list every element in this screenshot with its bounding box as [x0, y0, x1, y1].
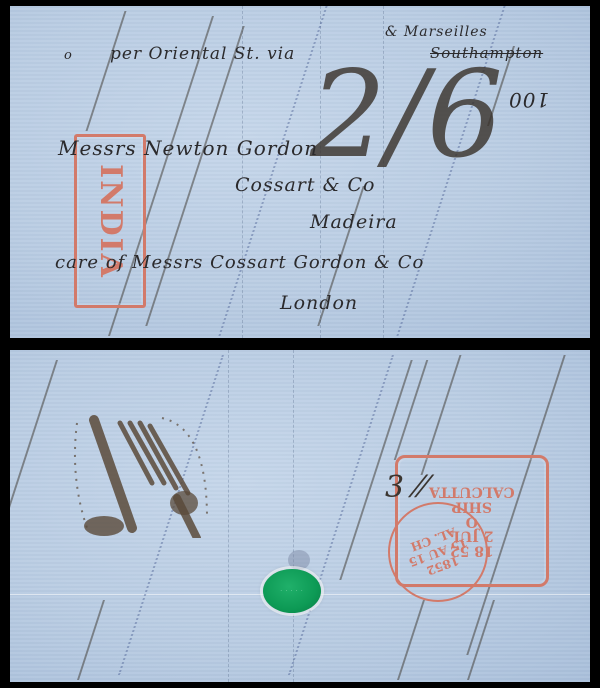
seal-inscription: · · · · ·	[280, 588, 303, 594]
green-wafer-seal: · · · · ·	[263, 569, 321, 613]
show-through-script	[288, 355, 394, 675]
manuscript-rate-back: 3 ⁄⁄	[385, 470, 428, 505]
route-prefix: o	[64, 48, 73, 63]
show-through-script	[394, 360, 428, 460]
route-correction-marseilles: & Marseilles	[385, 24, 488, 40]
ship-number: 100	[508, 88, 549, 112]
show-through-script	[86, 11, 127, 131]
london-arrival-datestamp: 1852 15 AU 15 AL. CH	[388, 502, 488, 602]
manuscript-brown-mark	[72, 408, 212, 538]
fold-line	[293, 350, 294, 682]
seal-shadow	[288, 550, 310, 570]
calcutta-city: CALCUTTA	[429, 484, 515, 499]
cover-back: 18 52 2 JUL O SHIP CALCUTTA 1852 15 AU 1…	[10, 350, 590, 682]
show-through-script	[77, 600, 105, 680]
route-instruction: per Oriental St. via	[110, 44, 295, 64]
address-line-4: care of Messrs Cossart Gordon & Co	[55, 252, 424, 273]
address-line-1: Messrs Newton Gordon	[58, 136, 318, 160]
show-through-script	[397, 600, 425, 680]
address-line-5: London	[280, 292, 358, 314]
show-through-script	[10, 360, 58, 520]
address-line-2: Cossart & Co	[235, 174, 376, 196]
cover-front: INDIA o per Oriental St. via Southampton…	[10, 6, 590, 338]
india-handstamp: INDIA	[74, 134, 146, 308]
address-line-3: Madeira	[310, 211, 398, 233]
fold-line	[228, 350, 229, 682]
rate-marking: 2/6	[310, 46, 503, 185]
